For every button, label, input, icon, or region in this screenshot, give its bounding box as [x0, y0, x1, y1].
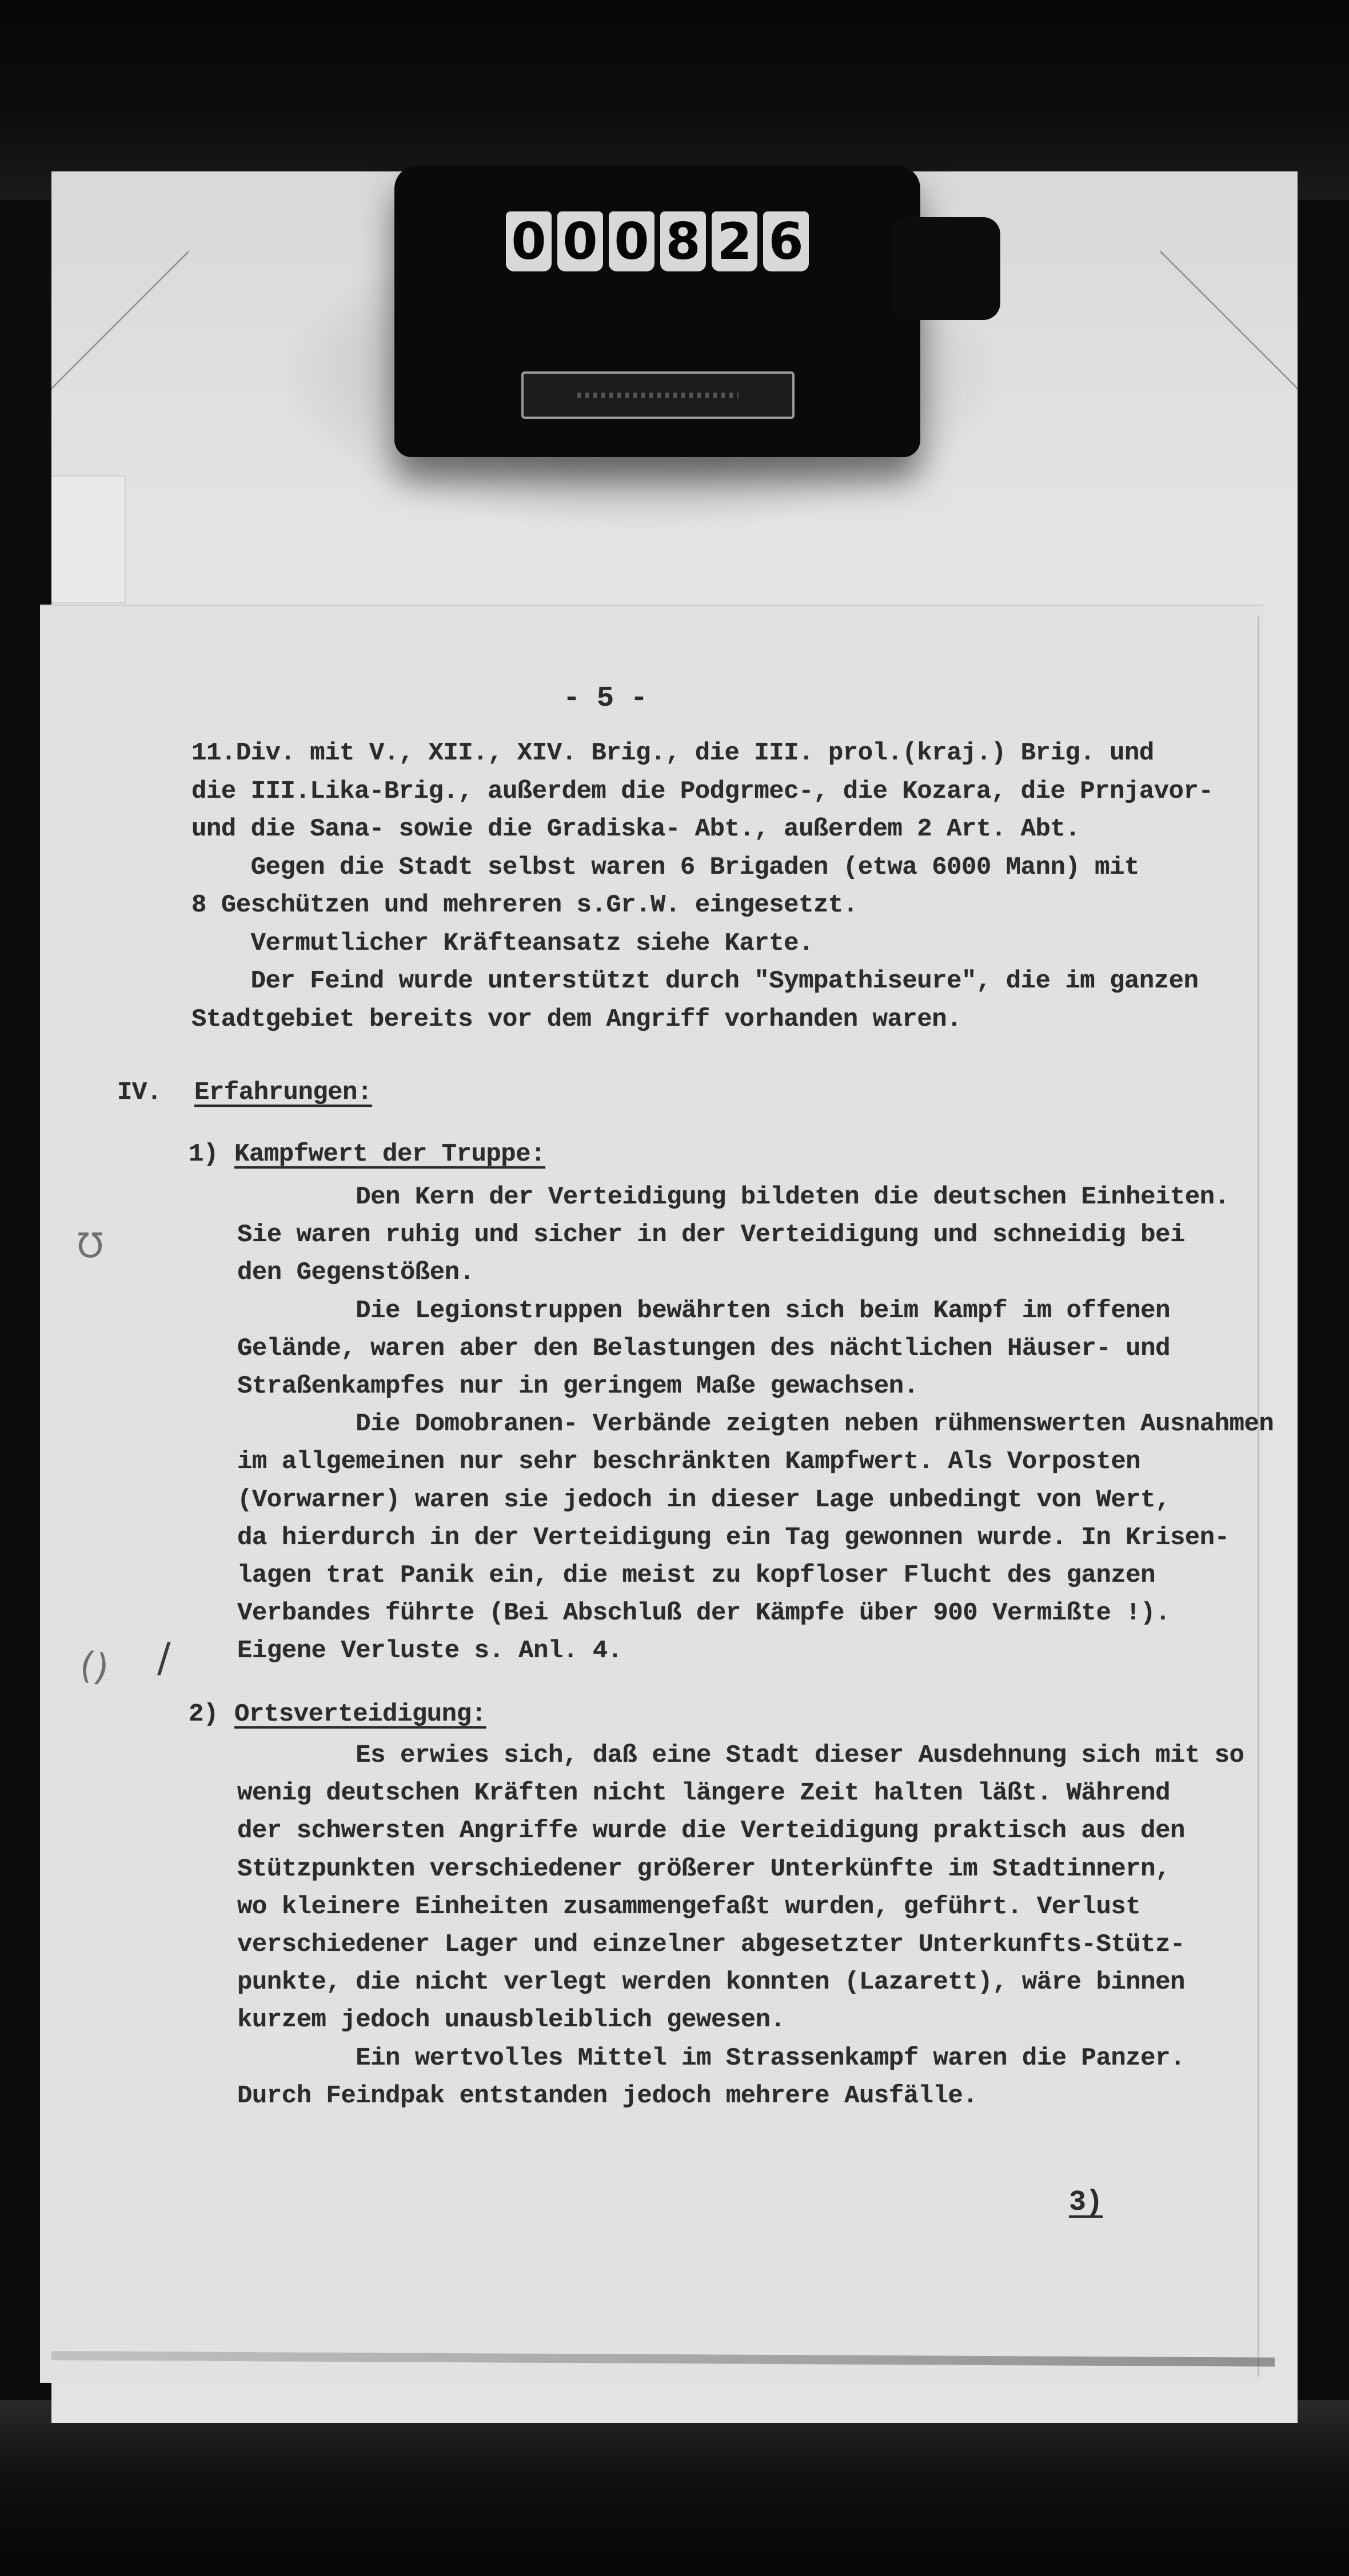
counter-digit: 2 — [712, 211, 757, 271]
margin-hole-mark: Ʊ — [77, 1226, 103, 1266]
typed-line: Durch Feindpak entstanden jedoch mehrere… — [237, 2083, 977, 2109]
typed-line: der schwersten Angriffe wurde die Vertei… — [237, 1818, 1185, 1843]
margin-pencil-slash: / — [157, 1634, 171, 1681]
section-title: Erfahrungen: — [194, 1080, 372, 1105]
typed-line: kurzem jedoch unausbleiblich gewesen. — [237, 2007, 785, 2033]
typed-line: Ein wertvolles Mittel im Strassenkampf w… — [237, 2046, 1185, 2071]
typed-line: 11.Div. mit V., XII., XIV. Brig., die II… — [191, 741, 1154, 766]
typed-line: Gegen die Stadt selbst waren 6 Brigaden … — [191, 855, 1139, 880]
typed-line: punkte, die nicht verlegt werden konnten… — [237, 1970, 1185, 1995]
counter-digit: 0 — [609, 211, 654, 271]
typed-line: Der Feind wurde unterstützt durch "Sympa… — [191, 969, 1199, 994]
subsection-1-number: 1) — [189, 1142, 218, 1167]
backing-fold-right — [1160, 171, 1298, 469]
typed-line: Eigene Verluste s. Anl. 4. — [237, 1638, 622, 1663]
typed-line: im allgemeinen nur sehr beschränkten Kam… — [237, 1449, 1140, 1474]
typed-line: Straßenkampfes nur in geringem Maße gewa… — [237, 1374, 919, 1399]
page-number: - 5 - — [563, 685, 648, 713]
typed-line: wenig deutschen Kräften nicht längere Ze… — [237, 1781, 1170, 1806]
typed-line: (Vorwarner) waren sie jedoch in dieser L… — [237, 1487, 1170, 1513]
typed-line: die III.Lika-Brig., außerdem die Podgrme… — [191, 779, 1213, 804]
typed-line: Den Kern der Verteidigung bildeten die d… — [237, 1185, 1230, 1210]
counter-digit: 0 — [506, 211, 552, 271]
subsection-2-number: 2) — [189, 1702, 218, 1727]
counter-digit: 8 — [660, 211, 706, 271]
continuation-marker: 3) — [1069, 2189, 1103, 2217]
backing-tab — [51, 475, 126, 603]
subsection-2-title: Ortsverteidigung: — [234, 1702, 486, 1727]
typed-line: Gelände, waren aber den Belastungen des … — [237, 1336, 1170, 1361]
typed-line: Vermutlicher Kräfteansatz siehe Karte. — [191, 931, 813, 956]
typed-line: Die Domobranen- Verbände zeigten neben r… — [237, 1411, 1274, 1437]
typed-line: Stadtgebiet bereits vor dem Angriff vorh… — [191, 1007, 961, 1032]
typed-line: lagen trat Panik ein, die meist zu kopfl… — [237, 1563, 1155, 1588]
typed-line: und die Sana- sowie die Gradiska- Abt., … — [191, 817, 1080, 842]
typed-line: Stützpunkten verschiedener größerer Unte… — [237, 1857, 1170, 1882]
typed-line: wo kleinere Einheiten zusammengefaßt wur… — [237, 1894, 1140, 1919]
backing-fold-left — [51, 171, 189, 469]
typed-line: da hierdurch in der Verteidigung ein Tag… — [237, 1525, 1230, 1550]
typed-line: Verbandes führte (Bei Abschluß der Kämpf… — [237, 1601, 1170, 1626]
typed-line: Sie waren ruhig und sicher in der Vertei… — [237, 1222, 1185, 1247]
subsection-1-title: Kampfwert der Truppe: — [234, 1142, 545, 1167]
typed-line: Es erwies sich, daß eine Stadt dieser Au… — [237, 1743, 1244, 1768]
counter-digit: 6 — [763, 211, 809, 271]
microfilm-border-bottom — [0, 2400, 1349, 2576]
frame-counter-digits: 0 0 0 8 2 6 — [506, 211, 809, 271]
typed-line: 8 Geschützen und mehreren s.Gr.W. einges… — [191, 893, 858, 918]
document-page-edge — [1258, 617, 1259, 2377]
typed-line: Die Legionstruppen bewährten sich beim K… — [237, 1298, 1170, 1323]
frame-counter-knob — [892, 217, 1000, 320]
typed-line: verschiedener Lager und einzelner abgese… — [237, 1932, 1185, 1957]
counter-nameplate — [521, 371, 795, 419]
counter-digit: 0 — [557, 211, 603, 271]
section-number: IV. — [117, 1080, 162, 1105]
typed-line: den Gegenstößen. — [237, 1260, 474, 1285]
